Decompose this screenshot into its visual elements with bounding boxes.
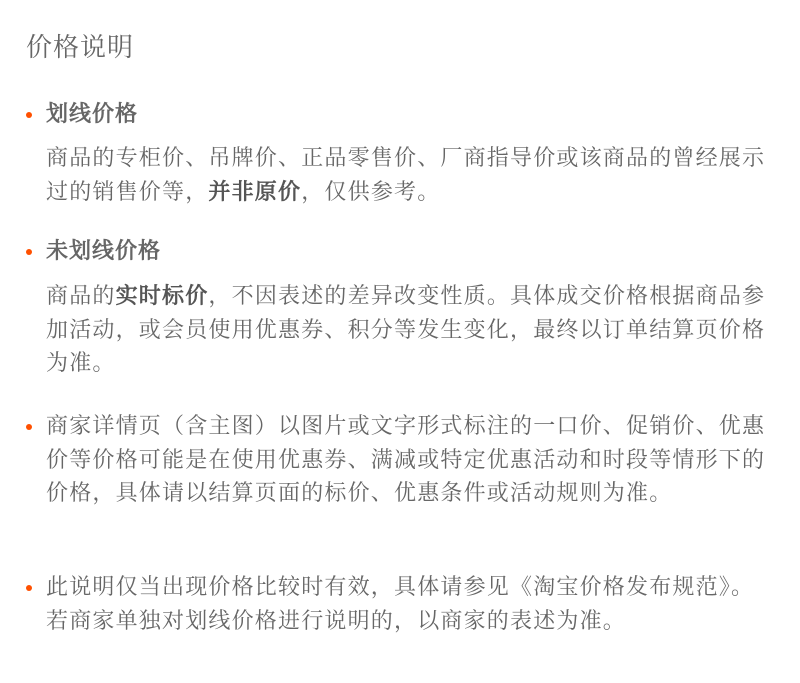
bullet-dot-icon	[26, 249, 32, 255]
section-heading: 划线价格	[46, 98, 776, 131]
bullet-dot-icon	[26, 424, 32, 430]
section-comparison-note: 此说明仅当出现价格比较时有效，具体请参见《淘宝价格发布规范》。若商家单独对划线价…	[46, 571, 776, 638]
body-text: ，仅供参考。	[301, 180, 440, 205]
section-non-strikethrough-price: 未划线价格 商品的实时标价，不因表述的差异改变性质。具体成交价格根据商品参加活动…	[46, 235, 776, 381]
section-text: 商家详情页（含主图）以图片或文字形式标注的一口价、促销价、优惠价等价格可能是在使…	[46, 410, 776, 511]
body-text: 商品的	[46, 284, 116, 309]
section-text: 此说明仅当出现价格比较时有效，具体请参见《淘宝价格发布规范》。若商家单独对划线价…	[46, 571, 776, 638]
section-heading: 未划线价格	[46, 235, 776, 268]
section-body: 商品的实时标价，不因表述的差异改变性质。具体成交价格根据商品参加活动，或会员使用…	[46, 280, 776, 381]
emphasis-text: 实时标价	[116, 284, 209, 309]
page-title: 价格说明	[26, 30, 134, 66]
bullet-dot-icon	[26, 112, 32, 118]
section-body: 商品的专柜价、吊牌价、正品零售价、厂商指导价或该商品的曾经展示过的销售价等，并非…	[46, 142, 776, 209]
section-merchant-detail-price: 商家详情页（含主图）以图片或文字形式标注的一口价、促销价、优惠价等价格可能是在使…	[46, 410, 776, 511]
section-strikethrough-price: 划线价格 商品的专柜价、吊牌价、正品零售价、厂商指导价或该商品的曾经展示过的销售…	[46, 98, 776, 209]
bullet-dot-icon	[26, 585, 32, 591]
emphasis-text: 并非原价	[208, 180, 301, 205]
